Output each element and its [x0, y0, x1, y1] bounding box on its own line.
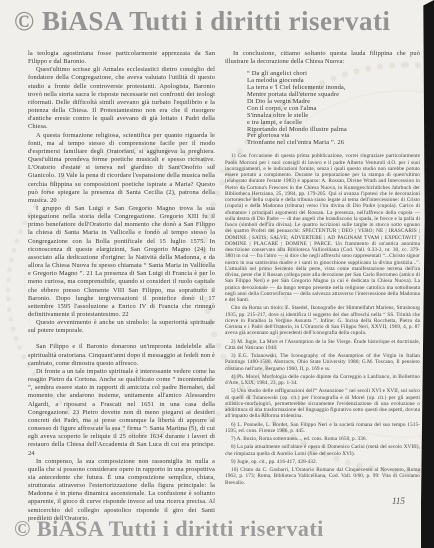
body-paragraph: In compenso, la sua composizione non ras…: [28, 458, 215, 523]
body-paragraph: Quest'ultimo scrisse gli Annales ecclesi…: [28, 66, 215, 131]
footnote: 7) A. Bozio, Roma sotterranea..., ed. co…: [225, 436, 420, 442]
footnote: 3) E.G. Tulanowski, The Iconography of t…: [225, 353, 420, 372]
body-paragraph: San Filippo e il Baronio donarono un'imp…: [28, 343, 215, 367]
footnote: 1) Con l'occasione di questa prima pubbl…: [225, 153, 420, 303]
left-column: la teologia agostiniana fosse particolar…: [28, 50, 222, 523]
left-column-group-2: San Filippo e il Baronio donarono un'imp…: [28, 343, 215, 522]
body-paragraph: Questo avvenimento è anche un simbolo: l…: [28, 319, 215, 335]
body-paragraph: A questa formazione religiosa, scientifi…: [28, 132, 215, 205]
poem-line: Trionfante nel ciel'entra Maria ”. 26: [247, 140, 420, 147]
watermark-top: © BiASA Tutti i diritti riservati: [14, 6, 390, 37]
paragraph-gap: [28, 335, 215, 343]
left-column-group-1: la teologia agostiniana fosse particolar…: [28, 50, 215, 335]
text-columns: la teologia agostiniana fosse particolar…: [28, 50, 420, 523]
body-paragraph: Di fronte a un tale impatto spirituale è…: [28, 368, 215, 458]
page-number: 115: [392, 496, 405, 506]
conclusion-paragraph: In conclusione, citiamo soltanto questa …: [225, 50, 420, 66]
footnote: Cito da Roma un titolo: E. Staedel, Ikon…: [225, 305, 420, 336]
footnote: 8) La pala attualmente sull'altare è ope…: [225, 444, 420, 457]
footnote: 6) L. Ponnelle, L. Bordet, San Filippo N…: [225, 422, 420, 435]
scanned-page: © BiASA Tutti i diritti riservati la teo…: [0, 0, 434, 548]
footnote: 2) M. Jugie, La Mort et l'Assomption de …: [225, 339, 420, 352]
footnote: 4) Ph. Morel, Morfologia delle cupole di…: [225, 374, 420, 387]
body-paragraph: la teologia agostiniana fosse particolar…: [28, 50, 215, 66]
watermark-bottom: © BiASA Tutti i diritti riservati: [14, 516, 324, 542]
body-paragraph: I gruppo di San Luigi e San Gregorio Mag…: [28, 205, 215, 319]
footnotes-block: 1) Con l'occasione di questa prima pubbl…: [225, 153, 420, 486]
right-column: In conclusione, citiamo soltanto questa …: [222, 50, 420, 523]
lauda-poem: “ Da gli angelici choriLa melodia giocon…: [247, 71, 420, 147]
footnote: 10) Citato da C. Gasbarri, L'Oratorio Ro…: [225, 467, 420, 486]
footnote: 9) Jugie, op. cit., pp. 416-417, 428-432…: [225, 459, 420, 465]
footnote: 5) Uno studio delle raffigurazioni dell'…: [225, 388, 420, 419]
scan-edge-strip: [421, 0, 434, 548]
